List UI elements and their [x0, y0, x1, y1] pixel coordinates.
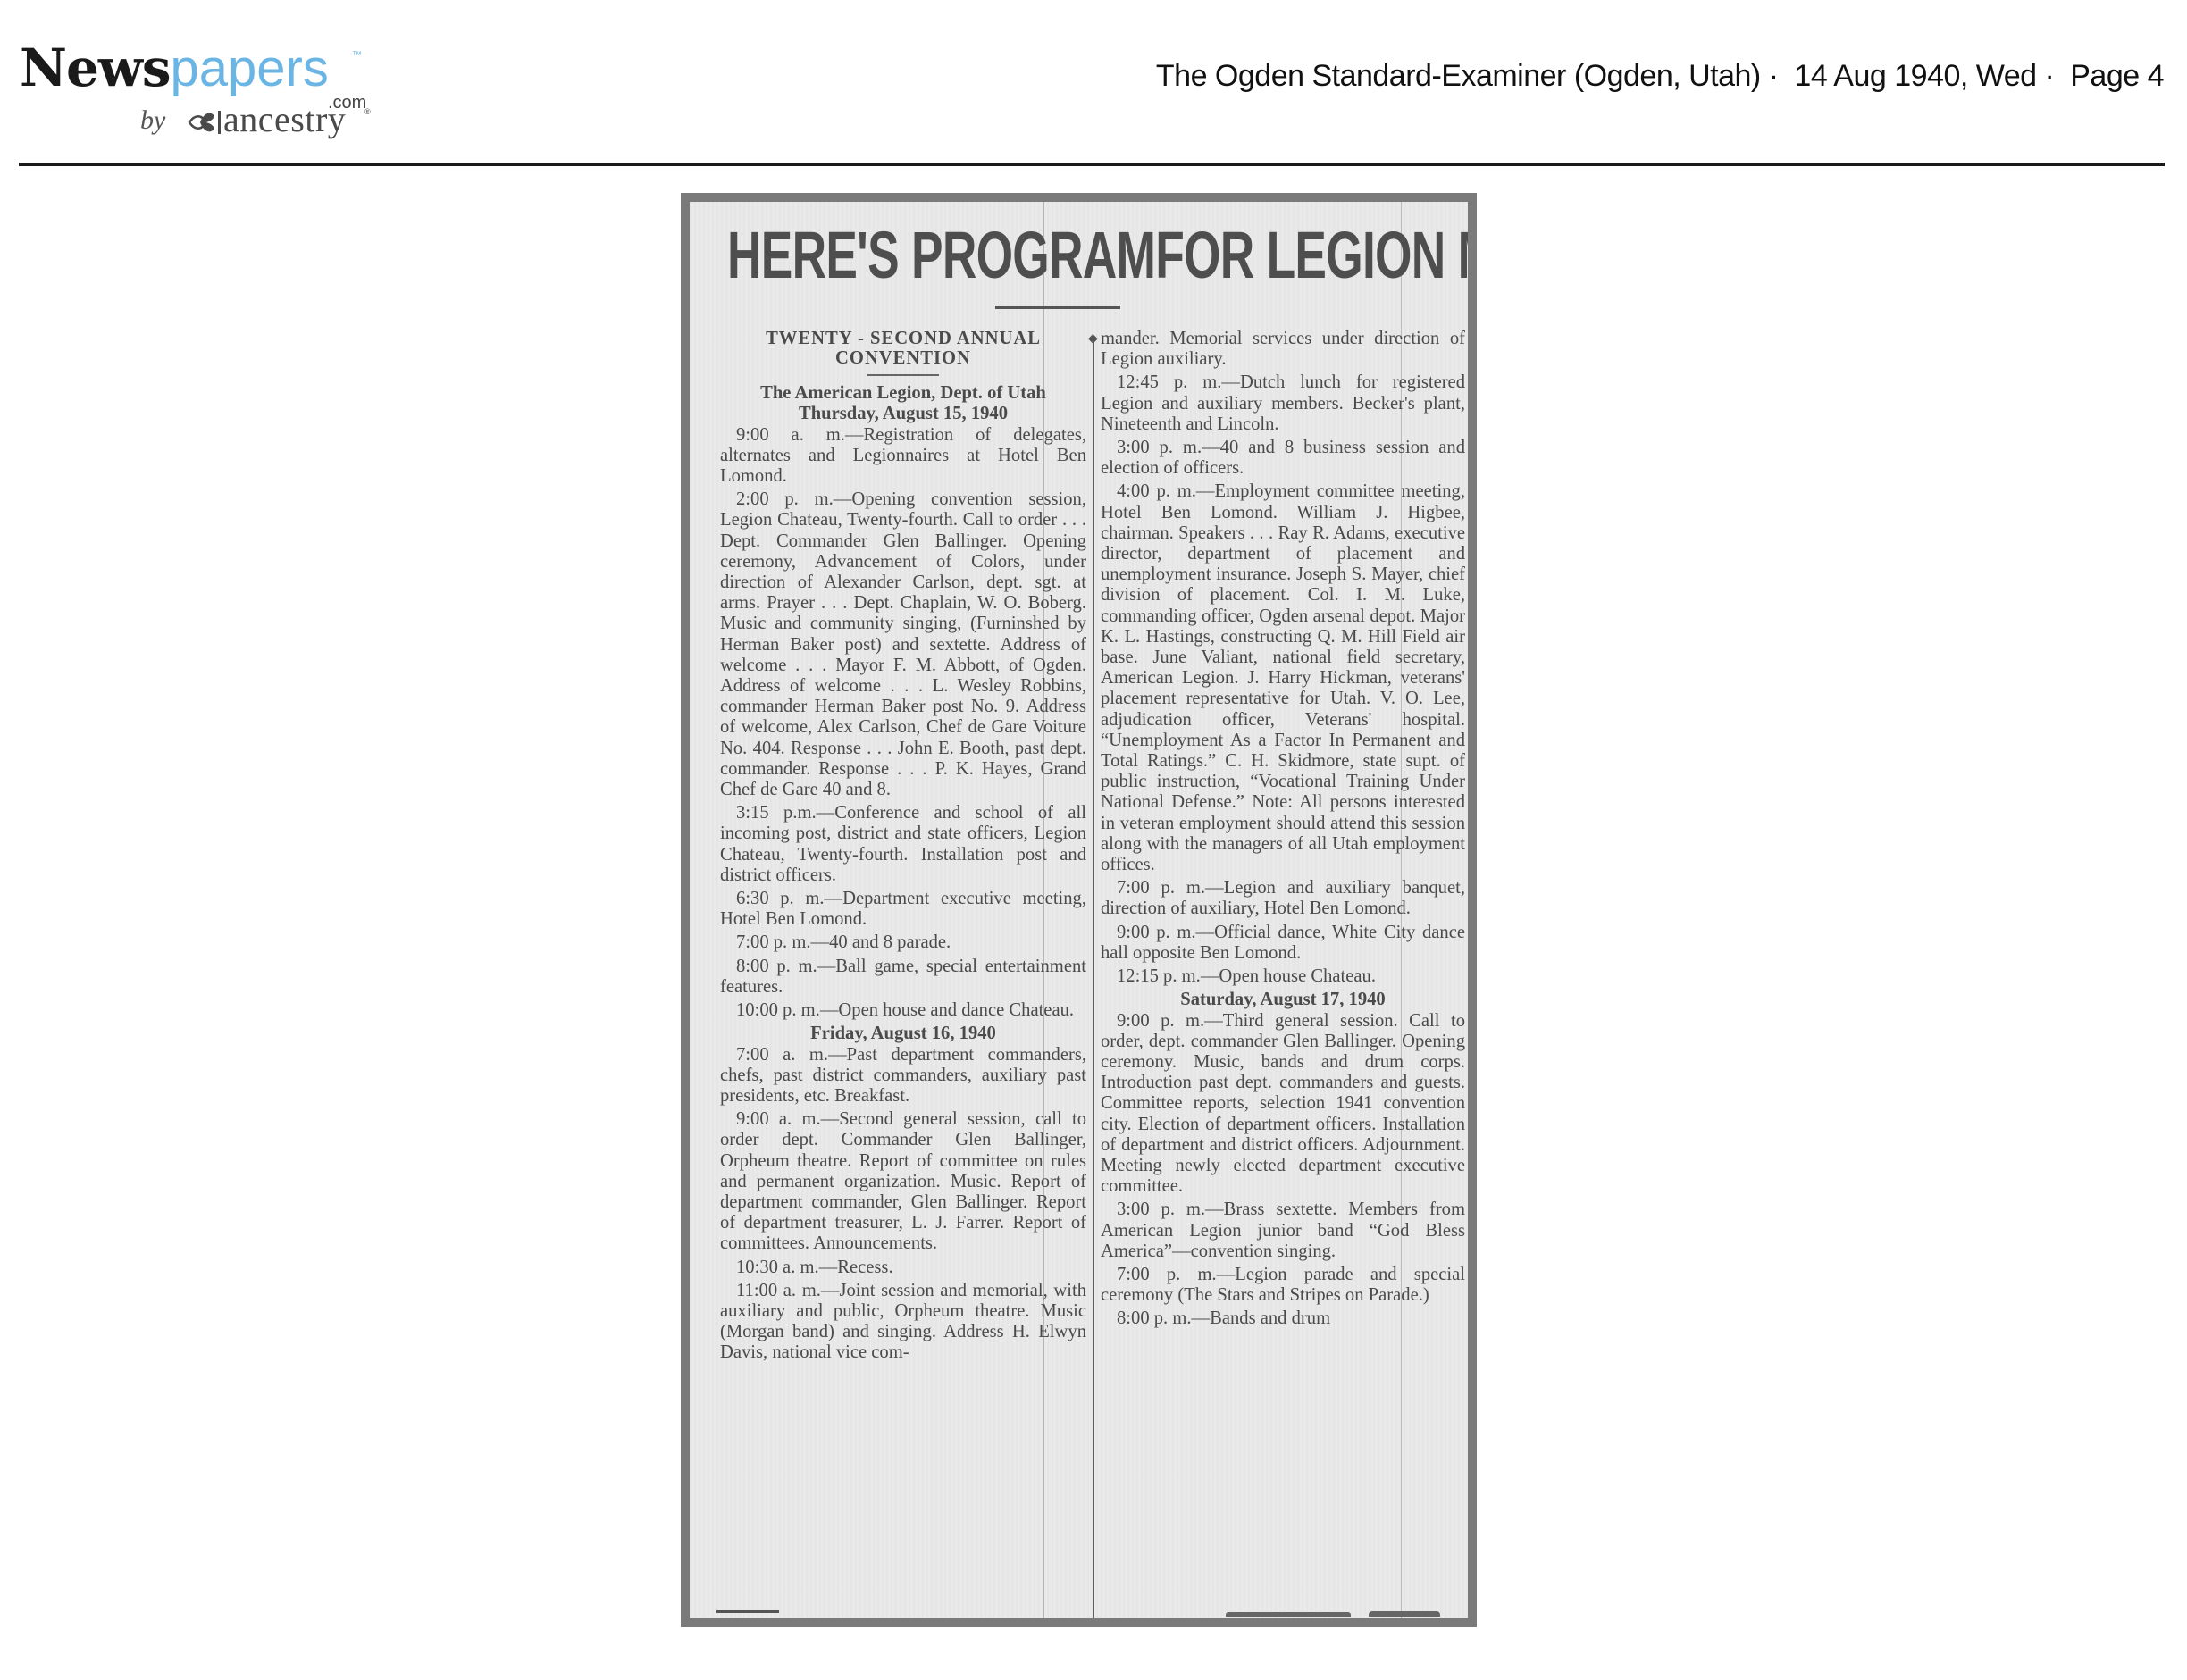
schedule-item: 6:30 p. m.—Department executive meeting,… [720, 889, 1086, 930]
day-heading-saturday: Saturday, August 17, 1940 [1101, 990, 1465, 1010]
schedule-item: 9:00 a. m.—Registration of delegates, al… [720, 425, 1086, 488]
schedule-item: 9:00 a. m.—Second general session, call … [720, 1109, 1086, 1254]
schedule-item: 7:00 p. m.—40 and 8 parade. [720, 932, 1086, 953]
ancestry-leaf-icon [188, 109, 223, 136]
article-column-right: mander. Memorial services under directio… [1101, 329, 1465, 1333]
ink-smudge [1369, 1611, 1440, 1617]
schedule-item: 4:00 p. m.—Employment committee meeting,… [1101, 481, 1465, 875]
schedule-item: 12:15 p. m.—Open house Chateau. [1101, 966, 1465, 987]
article-column-left: TWENTY - SECOND ANNUAL CONVENTION The Am… [720, 329, 1086, 1367]
column-divider [1093, 336, 1094, 1618]
convention-kicker: TWENTY - SECOND ANNUAL [720, 329, 1086, 348]
schedule-item: 8:00 p. m.—Bands and drum [1101, 1308, 1465, 1329]
ink-smudge [716, 1610, 779, 1613]
clipping-paper: HERE'S PROGRAMFOR LEGION MEET ◆ TWENTY -… [690, 202, 1468, 1618]
header-divider [19, 163, 2165, 166]
schedule-item: 8:00 p. m.—Ball game, special entertainm… [720, 957, 1086, 998]
schedule-item: 3:00 p. m.—40 and 8 business session and… [1101, 438, 1465, 479]
logo-news-text: News [20, 38, 171, 98]
ink-smudge [1226, 1612, 1351, 1617]
logo-ancestry-text: ancestry [223, 98, 346, 140]
schedule-item: 3:00 p. m.—Brass sextette. Members from … [1101, 1199, 1465, 1262]
convention-kicker-sub: CONVENTION [720, 348, 1086, 369]
publication-citation: The Ogden Standard-Examiner (Ogden, Utah… [1156, 59, 2164, 94]
headline-rule [995, 306, 1120, 309]
column-divider-ornament: ◆ [1088, 330, 1098, 346]
section-rule [867, 374, 939, 376]
organization-line: The American Legion, Dept. of Utah [720, 383, 1086, 404]
logo-papers-text: papers [171, 39, 329, 97]
registered-mark: ® [364, 107, 371, 116]
schedule-item: 3:15 p.m.—Conference and school of all i… [720, 803, 1086, 886]
schedule-item: 7:00 p. m.—Legion and auxiliary banquet,… [1101, 878, 1465, 919]
schedule-item: 11:00 a. m.—Joint session and memorial, … [720, 1281, 1086, 1364]
continued-text: mander. Memorial services under directio… [1101, 329, 1465, 370]
trademark-mark: ™ [352, 50, 362, 61]
schedule-item: 9:00 p. m.—Third general session. Call t… [1101, 1011, 1465, 1198]
article-headline: HERE'S PROGRAMFOR LEGION MEET [727, 220, 1454, 291]
logo-wordmark: Newspapers [20, 39, 329, 97]
newspaper-clipping: HERE'S PROGRAMFOR LEGION MEET ◆ TWENTY -… [681, 193, 1477, 1627]
day-heading-thursday: Thursday, August 15, 1940 [720, 404, 1086, 424]
schedule-item: 2:00 p. m.—Opening convention session, L… [720, 489, 1086, 800]
schedule-item: 7:00 a. m.—Past department commanders, c… [720, 1045, 1086, 1107]
schedule-item: 10:30 a. m.—Recess. [720, 1258, 1086, 1278]
schedule-item: 7:00 p. m.—Legion parade and special cer… [1101, 1265, 1465, 1306]
logo-by-text: by [140, 105, 165, 136]
day-heading-friday: Friday, August 16, 1940 [720, 1024, 1086, 1044]
schedule-item: 12:45 p. m.—Dutch lunch for registered L… [1101, 372, 1465, 435]
schedule-item: 10:00 p. m.—Open house and dance Chateau… [720, 1000, 1086, 1021]
schedule-item: 9:00 p. m.—Official dance, White City da… [1101, 923, 1465, 964]
newspapers-logo[interactable]: Newspapers ™ .com by ancestry ® [20, 39, 377, 138]
